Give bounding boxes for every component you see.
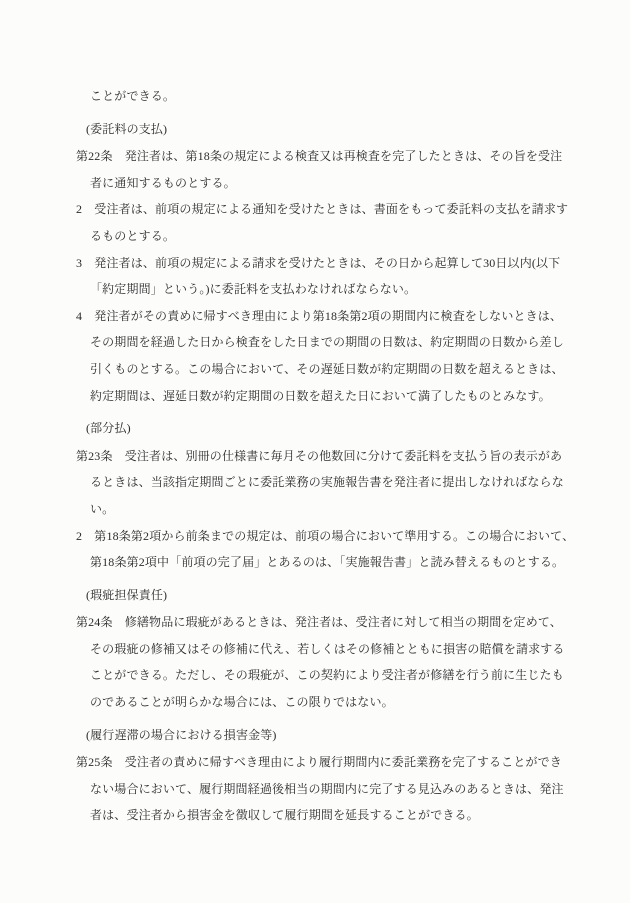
article-first-line: 2 受注者は、前項の規定による通知を受けたときは、書面をもって委託料の支払を請求… xyxy=(76,196,600,223)
article-first-line: 第25条 受注者の責めに帰すべき理由により履行期間内に委託業務を完了することがで… xyxy=(76,749,600,776)
text-continuation-line: ない場合において、履行期間経過後相当の期間内に完了する見込みのあるときは、発注 xyxy=(90,776,600,803)
text-continuation-line: るときは、当該指定期間ごとに委託業務の実施報告書を発注者に提出しなければならな xyxy=(90,469,600,496)
document-page: ことができる。(委託料の支払)第22条 発注者は、第18条の規定による検査又は再… xyxy=(0,0,630,903)
article-first-line: 第22条 発注者は、第18条の規定による検査又は再検査を完了したときは、その旨を… xyxy=(76,143,600,170)
text-continuation-line: 「約定期間」という。)に委託料を支払わなければならない。 xyxy=(90,276,600,303)
text-continuation-line: ことができる。ただし、その瑕疵が、この契約により受注者が修繕を行う前に生じたも xyxy=(90,662,600,689)
scanned-contract-page: { "page": { "background": "#fcfcfb", "te… xyxy=(0,0,630,903)
text-continuation-line: 者は、受注者から損害金を徴収して履行期間を延長することができる。 xyxy=(90,802,600,829)
article-first-line: 第23条 受注者は、別冊の仕様書に毎月その他数回に分けて委託料を支払う旨の表示が… xyxy=(76,443,600,470)
text-continuation-line: 引くものとする。この場合において、その遅延日数が約定期間の日数を超えるときは、 xyxy=(90,356,600,383)
article-first-line: 第24条 修繕物品に瑕疵があるときは、発注者は、受注者に対して相当の期間を定めて… xyxy=(76,609,600,636)
section-heading-line: (履行遅滞の場合における損害金等) xyxy=(86,722,600,749)
text-continuation-line: い。 xyxy=(90,496,600,523)
text-continuation-line: その瑕疵の修補又はその修補に代え、若しくはその修補とともに損害の賠償を請求する xyxy=(90,636,600,663)
section-heading-line: (委託料の支払) xyxy=(86,116,600,143)
text-continuation-line: のであることが明らかな場合には、この限りではない。 xyxy=(90,689,600,716)
text-continuation-line: 約定期間は、遅延日数が約定期間の日数を超えた日において満了したものとみなす。 xyxy=(90,383,600,410)
text-continuation-line: 第18条第2項中「前項の完了届」とあるのは、「実施報告書」と読み替えるものとする… xyxy=(90,549,600,576)
text-continuation-line: るものとする。 xyxy=(90,223,600,250)
text-continuation-line: その期間を経過した日から検査をした日までの期間の日数は、約定期間の日数から差し xyxy=(90,329,600,356)
section-heading-line: (瑕疵担保責任) xyxy=(86,582,600,609)
article-first-line: 3 発注者は、前項の規定による請求を受けたときは、その日から起算して30日以内(… xyxy=(76,250,600,277)
article-first-line: 4 発注者がその責めに帰すべき理由により第18条第2項の期間内に検査をしないとき… xyxy=(76,303,600,330)
text-continuation-line: 者に通知するものとする。 xyxy=(90,170,600,197)
text-continuation-line: ことができる。 xyxy=(90,83,600,110)
document-body: ことができる。(委託料の支払)第22条 発注者は、第18条の規定による検査又は再… xyxy=(0,0,630,829)
section-heading-line: (部分払) xyxy=(86,415,600,442)
article-first-line: 2 第18条第2項から前条までの規定は、前項の場合において準用する。この場合にお… xyxy=(76,523,600,550)
